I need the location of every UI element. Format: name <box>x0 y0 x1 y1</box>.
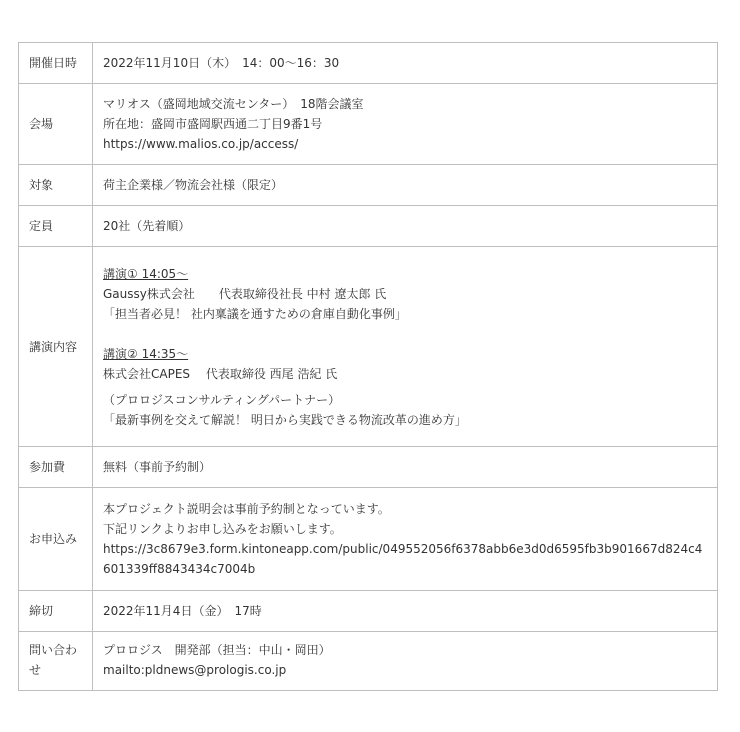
value-fee: 無料（事前予約制） <box>93 447 718 488</box>
value-target: 荷主企業様／物流会社様（限定） <box>93 165 718 206</box>
fee-text: 無料（事前予約制） <box>103 457 707 477</box>
contact-email-link[interactable]: mailto:pldnews@prologis.co.jp <box>103 660 707 680</box>
talk1-title: 「担当者必見！ 社内稟議を通すための倉庫自動化事例」 <box>103 304 707 324</box>
application-note-2: 下記リンクよりお申し込みをお願いします。 <box>103 519 707 539</box>
label-date: 開催日時 <box>19 43 93 84</box>
value-talks: 講演① 14:05〜 Gaussy株式会社 代表取締役社長 中村 遼太郎 氏 「… <box>93 247 718 447</box>
value-deadline: 2022年11月4日（金） 17時 <box>93 591 718 632</box>
date-text: 2022年11月10日（木） 14：00〜16：30 <box>103 53 707 73</box>
talk2-speaker: 株式会社CAPES 代表取締役 西尾 浩紀 氏 <box>103 364 707 384</box>
venue-access-link[interactable]: https://www.malios.co.jp/access/ <box>103 134 707 154</box>
talk1-speaker: Gaussy株式会社 代表取締役社長 中村 遼太郎 氏 <box>103 284 707 304</box>
deadline-text: 2022年11月4日（金） 17時 <box>103 601 707 621</box>
capacity-text: 20社（先着順） <box>103 216 707 236</box>
row-venue: 会場 マリオス（盛岡地域交流センター） 18階会議室 所在地：盛岡市盛岡駅西通二… <box>19 84 718 165</box>
row-fee: 参加費 無料（事前予約制） <box>19 447 718 488</box>
label-venue: 会場 <box>19 84 93 165</box>
label-capacity: 定員 <box>19 206 93 247</box>
event-info-table: 開催日時 2022年11月10日（木） 14：00〜16：30 会場 マリオス（… <box>18 42 718 691</box>
contact-name: プロロジス 開発部（担当：中山・岡田） <box>103 640 707 660</box>
application-form-link[interactable]: https://3c8679e3.form.kintoneapp.com/pub… <box>103 539 707 579</box>
row-contact: 問い合わせ プロロジス 開発部（担当：中山・岡田） mailto:pldnews… <box>19 632 718 691</box>
value-application: 本プロジェクト説明会は事前予約制となっています。 下記リンクよりお申し込みをお願… <box>93 488 718 591</box>
spacer <box>103 324 707 344</box>
value-capacity: 20社（先着順） <box>93 206 718 247</box>
label-application: お申込み <box>19 488 93 591</box>
talk2-note: （プロロジスコンサルティングパートナー） <box>103 390 707 410</box>
label-talks: 講演内容 <box>19 247 93 447</box>
value-date: 2022年11月10日（木） 14：00〜16：30 <box>93 43 718 84</box>
talk2-title: 「最新事例を交えて解説！ 明日から実践できる物流改革の進め方」 <box>103 410 707 430</box>
row-deadline: 締切 2022年11月4日（金） 17時 <box>19 591 718 632</box>
label-deadline: 締切 <box>19 591 93 632</box>
value-venue: マリオス（盛岡地域交流センター） 18階会議室 所在地：盛岡市盛岡駅西通二丁目9… <box>93 84 718 165</box>
row-talks: 講演内容 講演① 14:05〜 Gaussy株式会社 代表取締役社長 中村 遼太… <box>19 247 718 447</box>
application-note-1: 本プロジェクト説明会は事前予約制となっています。 <box>103 499 707 519</box>
row-date: 開催日時 2022年11月10日（木） 14：00〜16：30 <box>19 43 718 84</box>
label-contact: 問い合わせ <box>19 632 93 691</box>
talk2-heading: 講演② 14:35〜 <box>103 344 707 364</box>
venue-name: マリオス（盛岡地域交流センター） 18階会議室 <box>103 94 707 114</box>
label-fee: 参加費 <box>19 447 93 488</box>
value-contact: プロロジス 開発部（担当：中山・岡田） mailto:pldnews@prolo… <box>93 632 718 691</box>
row-application: お申込み 本プロジェクト説明会は事前予約制となっています。 下記リンクよりお申し… <box>19 488 718 591</box>
label-target: 対象 <box>19 165 93 206</box>
row-capacity: 定員 20社（先着順） <box>19 206 718 247</box>
target-text: 荷主企業様／物流会社様（限定） <box>103 175 707 195</box>
talk1-heading: 講演① 14:05〜 <box>103 264 707 284</box>
venue-address: 所在地：盛岡市盛岡駅西通二丁目9番1号 <box>103 114 707 134</box>
row-target: 対象 荷主企業様／物流会社様（限定） <box>19 165 718 206</box>
